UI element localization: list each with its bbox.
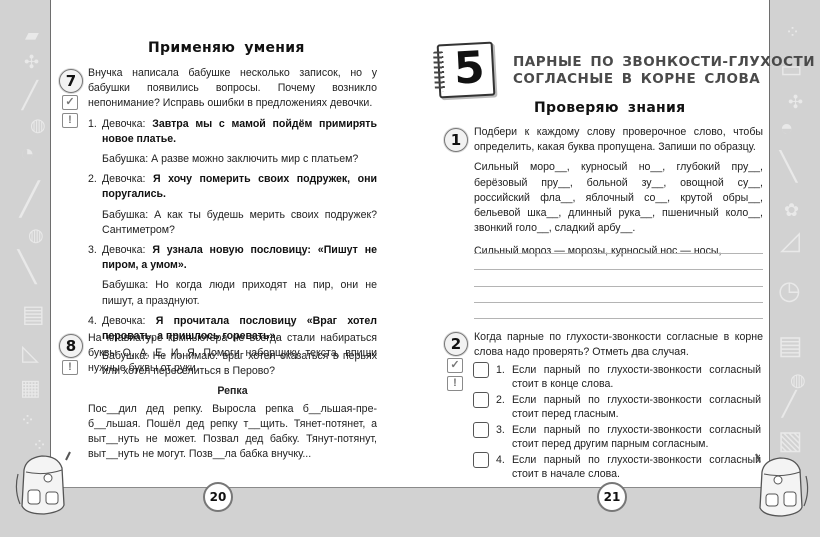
paw-icon: ✿ — [784, 200, 799, 221]
page-number-right: 21 — [597, 482, 627, 512]
exclamation-icon: ! — [62, 113, 78, 128]
dialog-number: 3. — [88, 243, 97, 258]
section-title-right: Проверяю знания — [534, 100, 685, 116]
option-number: 2. — [496, 393, 505, 407]
speaker: Девочка: — [102, 118, 145, 130]
pin-icon: ✣ — [24, 52, 39, 73]
pen-icon: ╱ — [22, 80, 38, 111]
dialog-2: 2. Девочка: Я хочу померить своих подруж… — [88, 172, 377, 202]
option-number: 1. — [496, 363, 505, 377]
pencil-icon: ╲ — [18, 250, 36, 285]
option-4: 4. Если парный по глухости-звонкости сог… — [496, 453, 761, 481]
grandma-line: Бабушка: А разве можно заключить мир с п… — [88, 152, 377, 167]
triangle-ruler-icon: ◿ — [780, 225, 800, 256]
dialog-3: 3. Девочка: Я узнала новую пословицу: «П… — [88, 243, 377, 273]
answer-line[interactable] — [474, 302, 763, 303]
option-text: Если парный по глухости-звонкости соглас… — [496, 453, 761, 481]
pencil-icon: ╱ — [782, 390, 796, 419]
story-title: Репка — [88, 384, 377, 399]
chapter-number: 5 — [453, 42, 486, 95]
check-icon: ✓ — [447, 358, 463, 373]
option-number: 3. — [496, 423, 505, 437]
books-icon: ▦ — [20, 375, 41, 401]
task7-intro: Внучка написала бабушке несколько записо… — [88, 66, 377, 112]
option-text: Если парный по глухости-звонкости соглас… — [496, 363, 761, 391]
option-2: 2. Если парный по глухости-звонкости сог… — [496, 393, 761, 421]
chapter-badge: 5 — [437, 42, 496, 99]
check-icon: ✓ — [62, 95, 78, 110]
speaker: Девочка: — [102, 244, 145, 256]
answer-line[interactable] — [474, 253, 763, 254]
page-number-left: 20 — [203, 482, 233, 512]
task-number-8: 8 — [59, 334, 83, 358]
speaker: Девочка: — [102, 315, 145, 327]
protractor-icon: ◓ — [780, 115, 793, 141]
grandma-line: Бабушка: А как ты будешь мерить своих по… — [88, 208, 377, 238]
option-3: 3. Если парный по глухости-звонкости сог… — [496, 423, 761, 451]
option-1: 1. Если парный по глухости-звонкости сог… — [496, 363, 761, 391]
notebook-icon: ▤ — [22, 300, 45, 329]
option-2-checkbox[interactable] — [473, 392, 489, 408]
option-text: Если парный по глухости-звонкости соглас… — [496, 423, 761, 451]
chapter-title: ПАРНЫЕ ПО ЗВОНКОСТИ-ГЛУХОСТИ СОГЛАСНЫЕ В… — [513, 54, 815, 88]
triangle-ruler-icon: ◺ — [22, 340, 39, 366]
task1-block: Подбери к каждому слову проверочное слов… — [474, 125, 763, 260]
dice-icon: ⁘ — [20, 410, 35, 431]
alarm-clock-icon: ◷ — [778, 275, 801, 306]
task1-words: Сильный моро__, курносый но__, глубокий … — [474, 160, 763, 236]
pencil-icon: ╱ — [20, 180, 39, 218]
option-3-checkbox[interactable] — [473, 422, 489, 438]
protractor-icon: ◔ — [20, 140, 35, 168]
paperclip-icon: ◍ — [30, 115, 46, 136]
answer-line[interactable] — [474, 286, 763, 287]
backpack-icon — [14, 450, 74, 520]
dialog-number: 2. — [88, 172, 97, 187]
story-text: Пос__дил дед репку. Выросла репка б__льш… — [88, 402, 377, 463]
section-title-left: Применяю умения — [148, 40, 305, 56]
speaker: Девочка: — [102, 173, 145, 185]
notebook-icon: ▤ — [778, 330, 803, 361]
task-number-7: 7 — [59, 69, 83, 93]
option-text: Если парный по глухости-звонкости соглас… — [496, 393, 761, 421]
backpack-icon — [752, 452, 812, 522]
dialog-number: 4. — [88, 314, 97, 329]
option-number: 4. — [496, 453, 505, 467]
task1-intro: Подбери к каждому слову проверочное слов… — [474, 125, 763, 155]
dice-icon: ⁘ — [785, 22, 800, 43]
spiral-rings-icon — [433, 51, 445, 91]
task-number-2: 2 — [444, 332, 468, 356]
grandma-line: Бабушка: Но когда люди приходят на пир, … — [88, 278, 377, 308]
option-1-checkbox[interactable] — [473, 362, 489, 378]
paperclip-icon: ◍ — [28, 225, 44, 246]
option-4-checkbox[interactable] — [473, 452, 489, 468]
dialog-number: 1. — [88, 117, 97, 132]
exclamation-icon: ! — [447, 376, 463, 391]
dialog-1: 1. Девочка: Завтра мы с мамой пойдём при… — [88, 117, 377, 147]
answer-line[interactable] — [474, 318, 763, 319]
eraser-icon: ▰ — [25, 25, 39, 46]
answer-line[interactable] — [474, 269, 763, 270]
task8-intro: На клавиатуре компьютера не всегда стали… — [88, 331, 377, 377]
paperclip-icon: ◍ — [790, 370, 806, 391]
task-number-1: 1 — [444, 128, 468, 152]
chapter-title-line1: ПАРНЫЕ ПО ЗВОНКОСТИ-ГЛУХОСТИ — [513, 54, 815, 71]
pen-icon: ╲ — [780, 150, 797, 183]
exclamation-icon: ! — [62, 360, 78, 375]
task8-block: На клавиатуре компьютера не всегда стали… — [88, 331, 377, 463]
chapter-title-line2: СОГЛАСНЫЕ В КОРНЕ СЛОВА — [513, 71, 815, 88]
task2-intro: Когда парные по глухости-звонкости согла… — [474, 330, 763, 360]
pin-icon: ✣ — [788, 92, 803, 113]
